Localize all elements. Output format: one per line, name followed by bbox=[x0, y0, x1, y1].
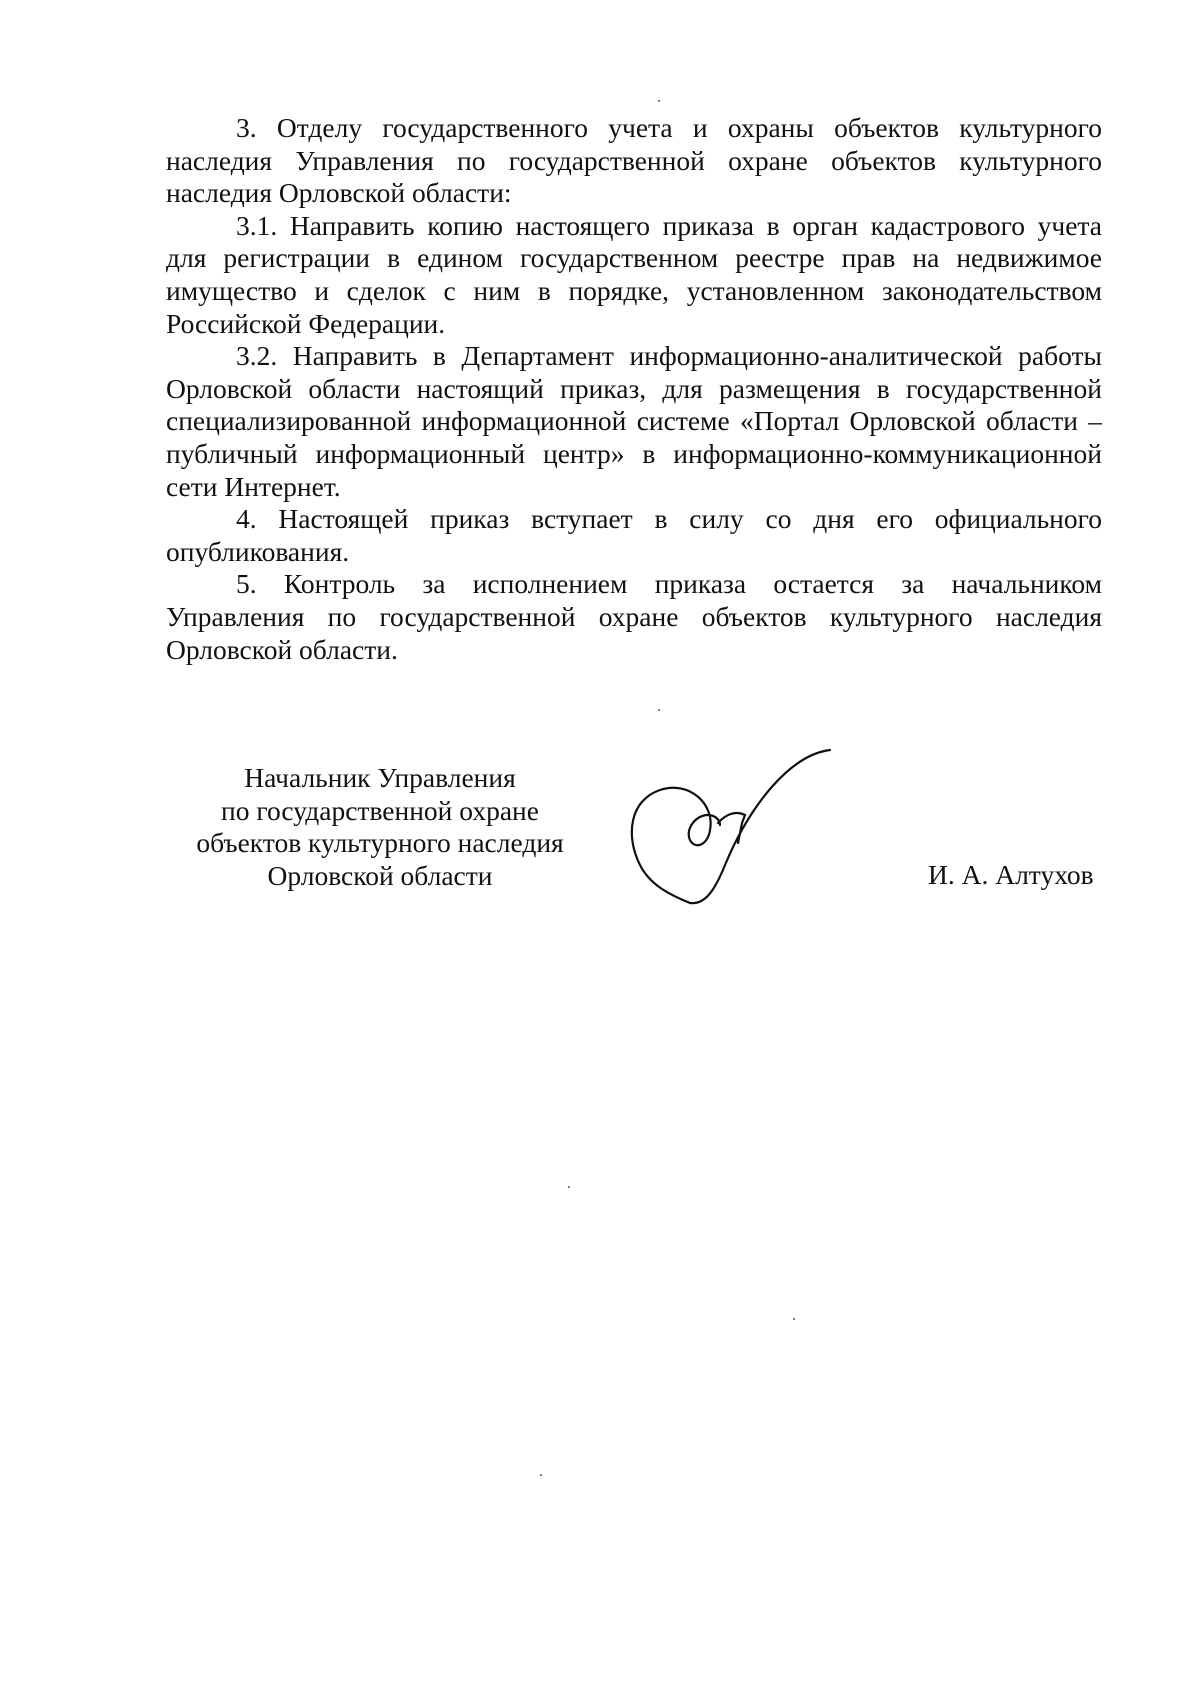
paragraph-5: 5. Контроль за исполнением приказа остае… bbox=[166, 568, 1102, 666]
paragraph-3-1: 3.1. Направить копию настоящего приказа … bbox=[166, 210, 1102, 340]
handwritten-signature-icon bbox=[620, 745, 840, 905]
signatory-title-line: по государственной охране bbox=[180, 795, 580, 828]
paragraph-3: 3. Отделу государственного учета и охран… bbox=[166, 112, 1102, 210]
document-page: 3. Отделу государственного учета и охран… bbox=[0, 0, 1200, 1697]
paragraph-4: 4. Настоящей приказ вступает в силу со д… bbox=[166, 503, 1102, 568]
signatory-title: Начальник Управления по государственной … bbox=[180, 762, 580, 892]
scan-speck bbox=[540, 1474, 542, 1476]
paragraph-3-2: 3.2. Направить в Департамент информацион… bbox=[166, 340, 1102, 503]
signatory-title-line: Начальник Управления bbox=[180, 762, 580, 795]
scan-speck bbox=[568, 1186, 570, 1188]
signatory-title-line: Орловской области bbox=[180, 860, 580, 893]
scan-speck bbox=[658, 709, 660, 711]
signatory-name: И. А. Алтухов bbox=[928, 859, 1094, 891]
scan-speck bbox=[658, 100, 660, 102]
document-body: 3. Отделу государственного учета и охран… bbox=[166, 112, 1102, 666]
signatory-title-line: объектов культурного наследия bbox=[180, 827, 580, 860]
scan-speck bbox=[793, 1318, 795, 1320]
